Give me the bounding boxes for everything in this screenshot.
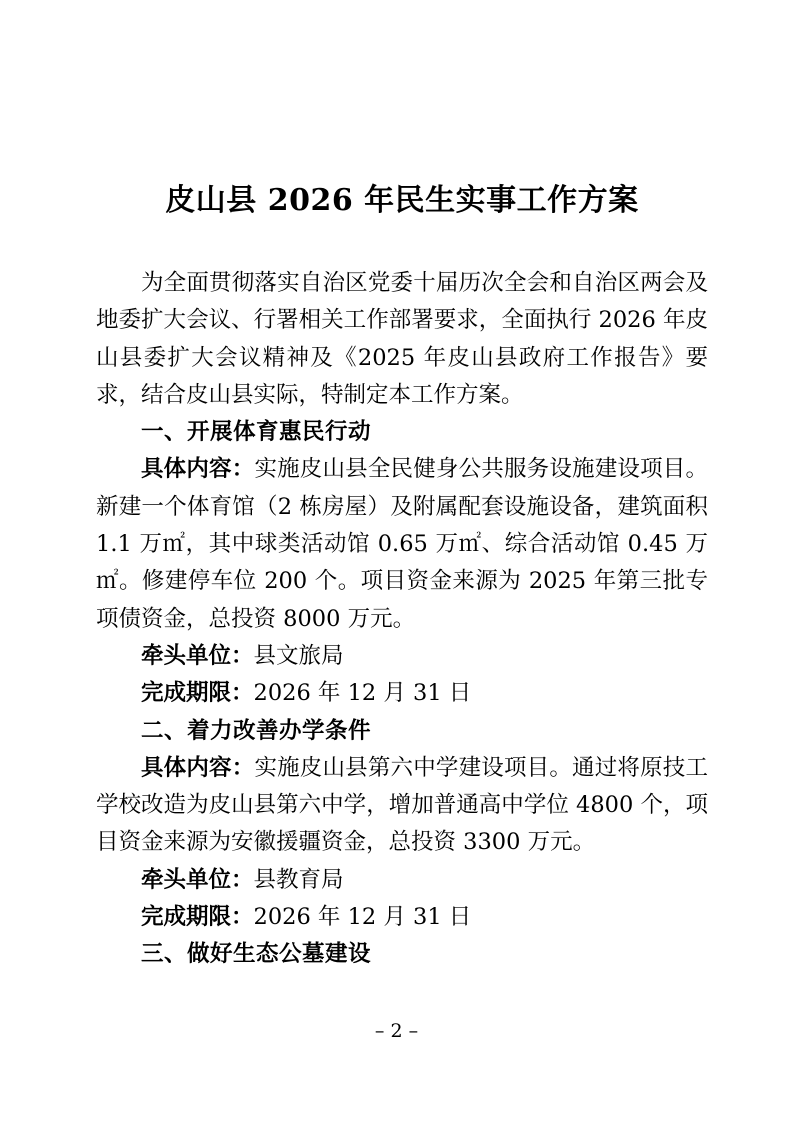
section-1-detail-paragraph: 具体内容：实施皮山县全民健身公共服务设施建设项目。新建一个体育馆（2 栋房屋）及… (96, 451, 708, 637)
lead-unit-label: 牵头单位： (141, 867, 254, 893)
section-2-lead-paragraph: 牵头单位：县教育局 (96, 862, 708, 899)
section-2-lead-value: 县教育局 (254, 867, 344, 893)
deadline-label: 完成期限： (141, 680, 254, 706)
intro-paragraph: 为全面贯彻落实自治区党委十届历次全会和自治区两会及地委扩大会议、行署相关工作部署… (96, 265, 708, 414)
section-2-heading: 二、着力改善办学条件 (96, 713, 708, 750)
section-1-deadline-paragraph: 完成期限：2026 年 12 月 31 日 (96, 675, 708, 712)
detail-label: 具体内容： (141, 755, 254, 781)
section-2-deadline-paragraph: 完成期限：2026 年 12 月 31 日 (96, 899, 708, 936)
section-1-lead-value: 县文旅局 (254, 643, 344, 669)
section-3-heading: 三、做好生态公墓建设 (96, 936, 708, 973)
page-number: – 2 – (0, 1020, 793, 1042)
section-2-deadline-value: 2026 年 12 月 31 日 (254, 904, 472, 930)
detail-label: 具体内容： (141, 456, 254, 482)
section-1-detail-text: 实施皮山县全民健身公共服务设施建设项目。新建一个体育馆（2 栋房屋）及附属配套设… (96, 456, 708, 631)
section-1-lead-paragraph: 牵头单位：县文旅局 (96, 638, 708, 675)
deadline-label: 完成期限： (141, 904, 254, 930)
document-page: 皮山县 2026 年民生实事工作方案 为全面贯彻落实自治区党委十届历次全会和自治… (0, 0, 793, 1122)
lead-unit-label: 牵头单位： (141, 643, 254, 669)
section-1-deadline-value: 2026 年 12 月 31 日 (254, 680, 472, 706)
document-title: 皮山县 2026 年民生实事工作方案 (96, 184, 708, 218)
section-2-detail-paragraph: 具体内容：实施皮山县第六中学建设项目。通过将原技工学校改造为皮山县第六中学，增加… (96, 750, 708, 862)
section-1-heading: 一、开展体育惠民行动 (96, 414, 708, 451)
document-body: 皮山县 2026 年民生实事工作方案 为全面贯彻落实自治区党委十届历次全会和自治… (96, 184, 708, 974)
